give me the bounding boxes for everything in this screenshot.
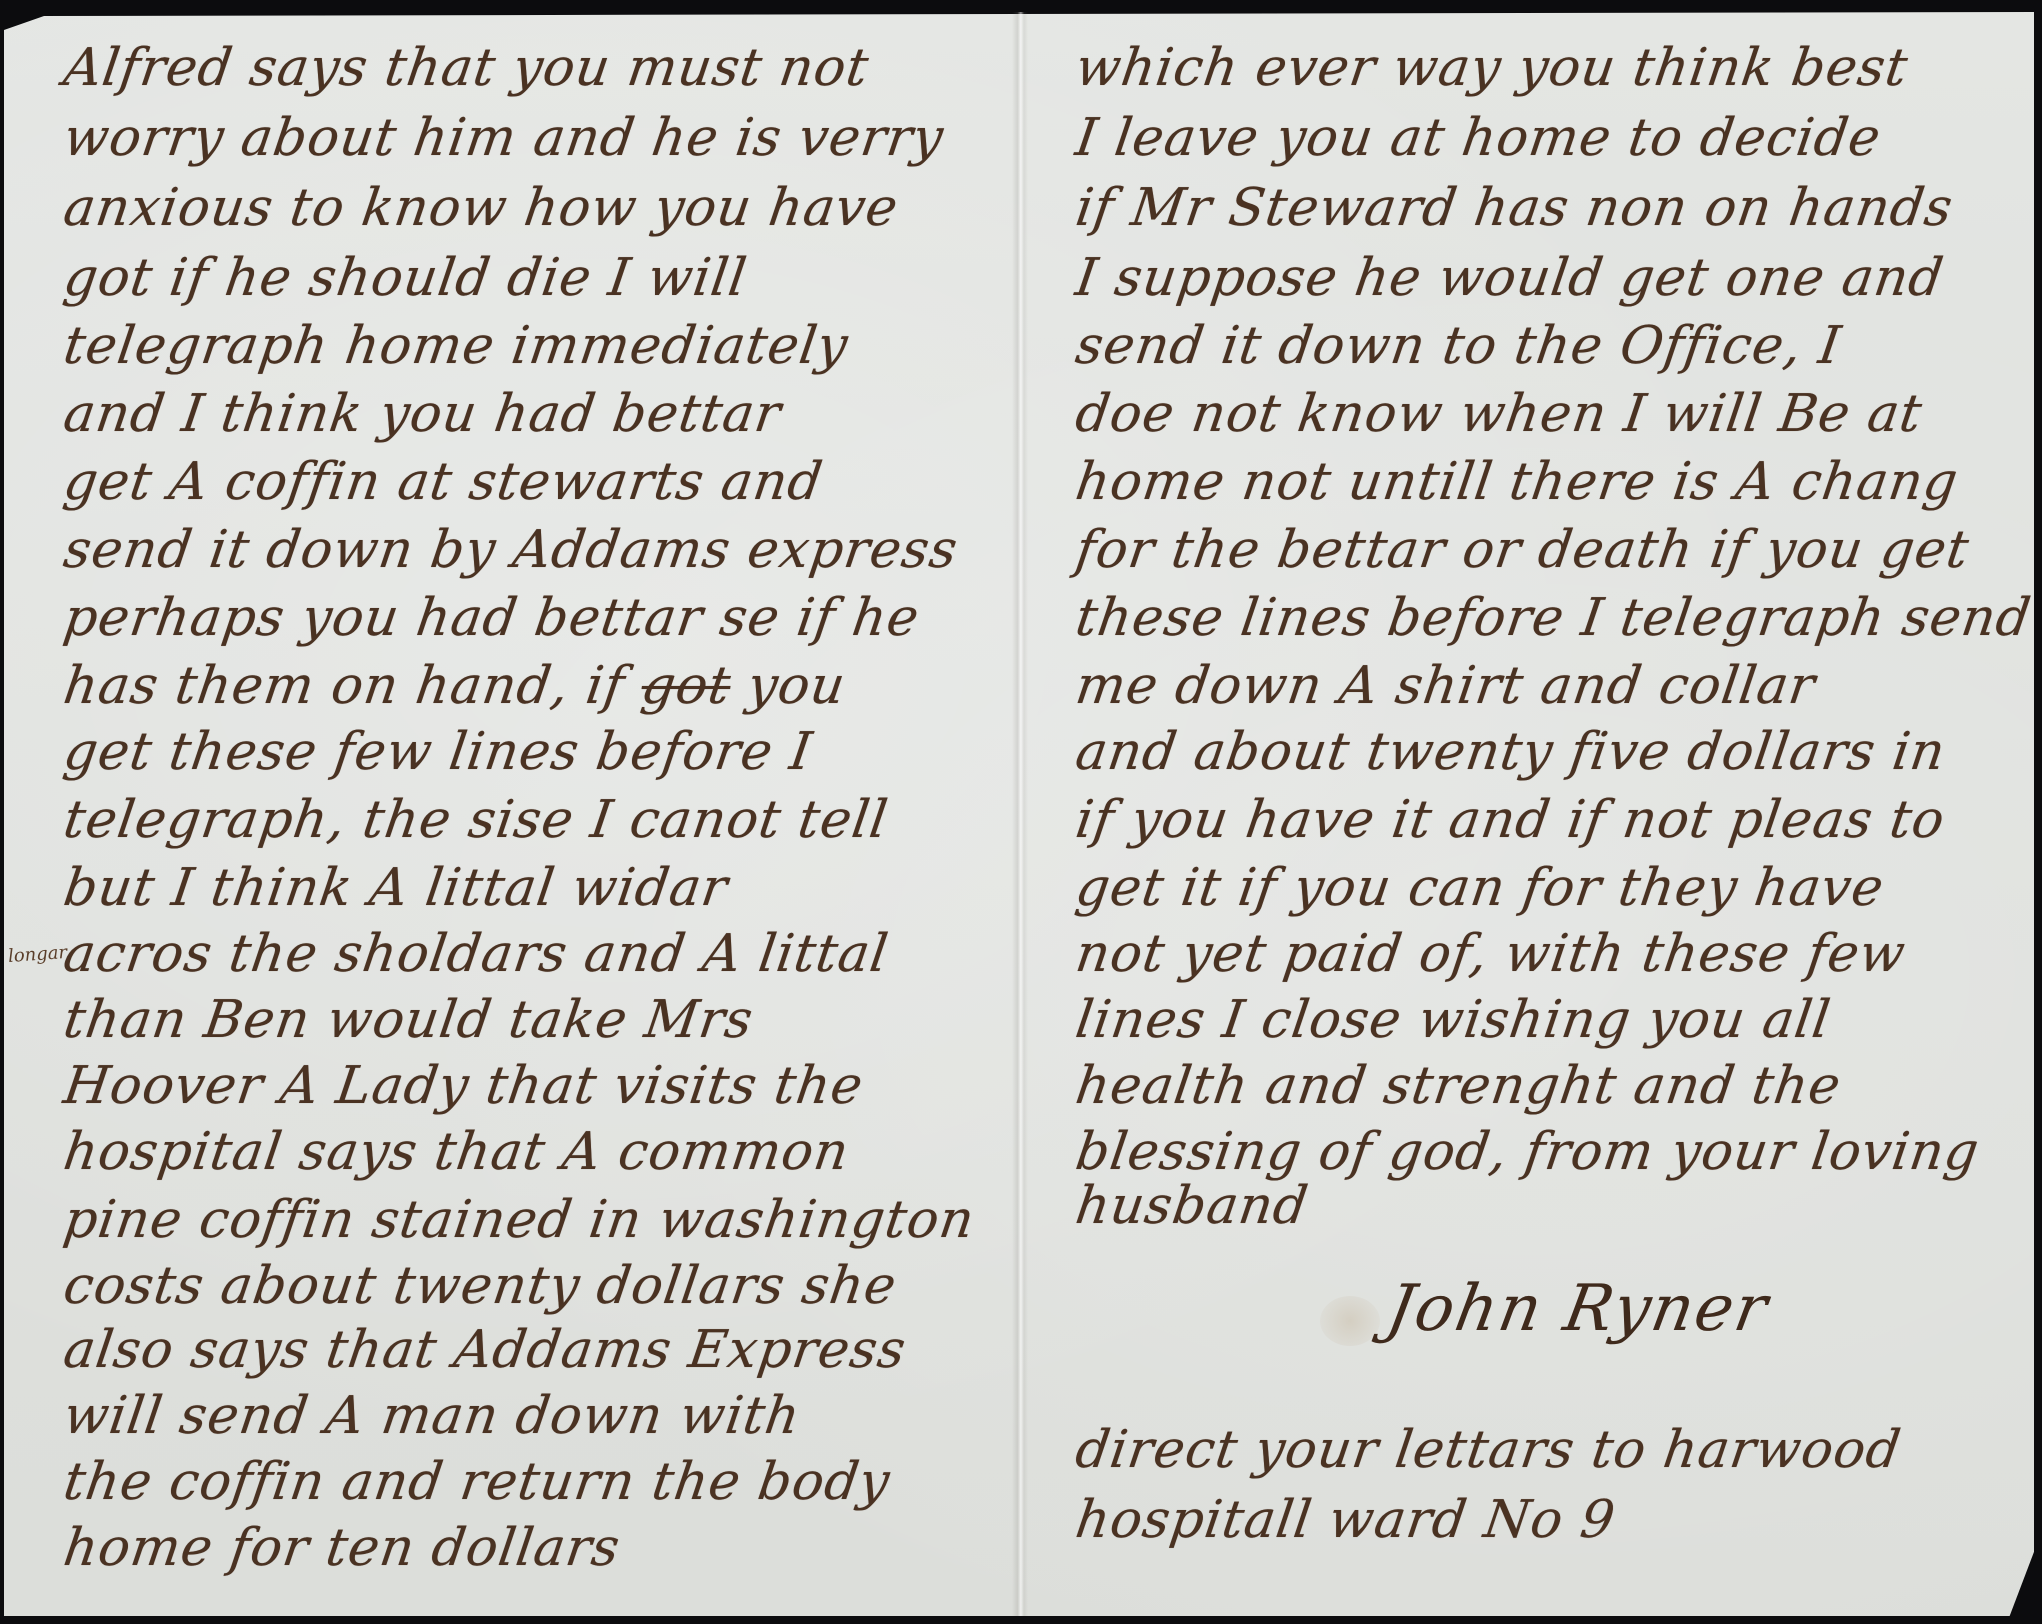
letter-line: acros the sholdars and A littal <box>60 924 892 984</box>
letter-line: worry about him and he is verry <box>60 108 948 168</box>
letter-line: and about twenty five dollars in <box>1072 722 1949 782</box>
letter-line: telegraph home immediately <box>60 316 852 376</box>
letter-line: send it down by Addams express <box>60 520 962 580</box>
letter-line: health and strenght and the <box>1072 1056 1845 1116</box>
letter-text: you <box>744 656 850 716</box>
letter-line: these lines before I telegraph send <box>1072 588 2035 648</box>
letter-line: costs about twenty dollars she <box>60 1256 901 1316</box>
letter-line: perhaps you had bettar se if he <box>60 588 923 648</box>
postscript-line: direct your lettars to harwood <box>1072 1420 1905 1480</box>
letter-line: blessing of god, from your loving <box>1072 1122 1983 1182</box>
letter-line: if you have it and if not pleas to <box>1072 790 1949 850</box>
letter-line: husband <box>1072 1176 1312 1236</box>
letter-line: also says that Addams Express <box>60 1320 910 1380</box>
margin-note: longar <box>7 942 67 967</box>
letter-line: I leave you at home to decide <box>1072 108 1885 168</box>
letter-line: got if he should die I will <box>60 248 751 308</box>
letter-line: me down A shirt and collar <box>1072 656 1819 716</box>
letter-line: and I think you had bettar <box>60 384 785 444</box>
letter-line: not yet paid of, with these few <box>1072 924 1909 984</box>
letter-line: I suppose he would get one and <box>1072 248 1947 308</box>
letter-line: home for ten dollars <box>60 1518 624 1578</box>
letter-line: which ever way you think best <box>1072 38 1912 98</box>
letter-line: get it if you can for they have <box>1072 858 1888 918</box>
letter-line: for the bettar or death if you get <box>1072 520 1973 580</box>
letter-line: hospital says that A common <box>60 1122 853 1182</box>
letter-line: if Mr Steward has non on hands <box>1072 178 1957 238</box>
letter-line: send it down to the Office, I <box>1072 316 1845 376</box>
letter-line: home not untill there is A chang <box>1072 452 1962 512</box>
letter-line: lines I close wishing you all <box>1072 990 1835 1050</box>
letter-line: Hoover A Lady that visits the <box>60 1056 867 1116</box>
letter-text: has them on hand, if <box>60 656 629 716</box>
right-page: which ever way you think best I leave yo… <box>1028 0 2034 1604</box>
letter-line: than Ben would take Mrs <box>60 990 757 1050</box>
scanned-letter: Alfred says that you must not worry abou… <box>0 0 2042 1624</box>
postscript-line: hospitall ward No 9 <box>1072 1490 1619 1550</box>
letter-line: the coffin and return the body <box>60 1452 894 1512</box>
letter-line: doe not know when I will Be at <box>1072 384 1926 444</box>
struck-word: got <box>638 656 735 716</box>
letter-line: Alfred says that you must not <box>60 38 873 98</box>
letter-line: telegraph, the sise I canot tell <box>60 790 892 850</box>
left-page: Alfred says that you must not worry abou… <box>4 0 1012 1604</box>
letter-line: but I think A littal widar <box>60 858 732 918</box>
signature: John Ryner <box>1381 1272 1774 1346</box>
letter-line: pine coffin stained in washington <box>60 1190 978 1250</box>
letter-line: will send A man down with <box>60 1386 804 1446</box>
letter-line: get these few lines before I <box>60 722 816 782</box>
letter-line: anxious to know how you have <box>60 178 902 238</box>
letter-line: has them on hand, if got you <box>60 656 849 716</box>
center-fold <box>1012 12 1028 1616</box>
letter-line: get A coffin at stewarts and <box>60 452 827 512</box>
